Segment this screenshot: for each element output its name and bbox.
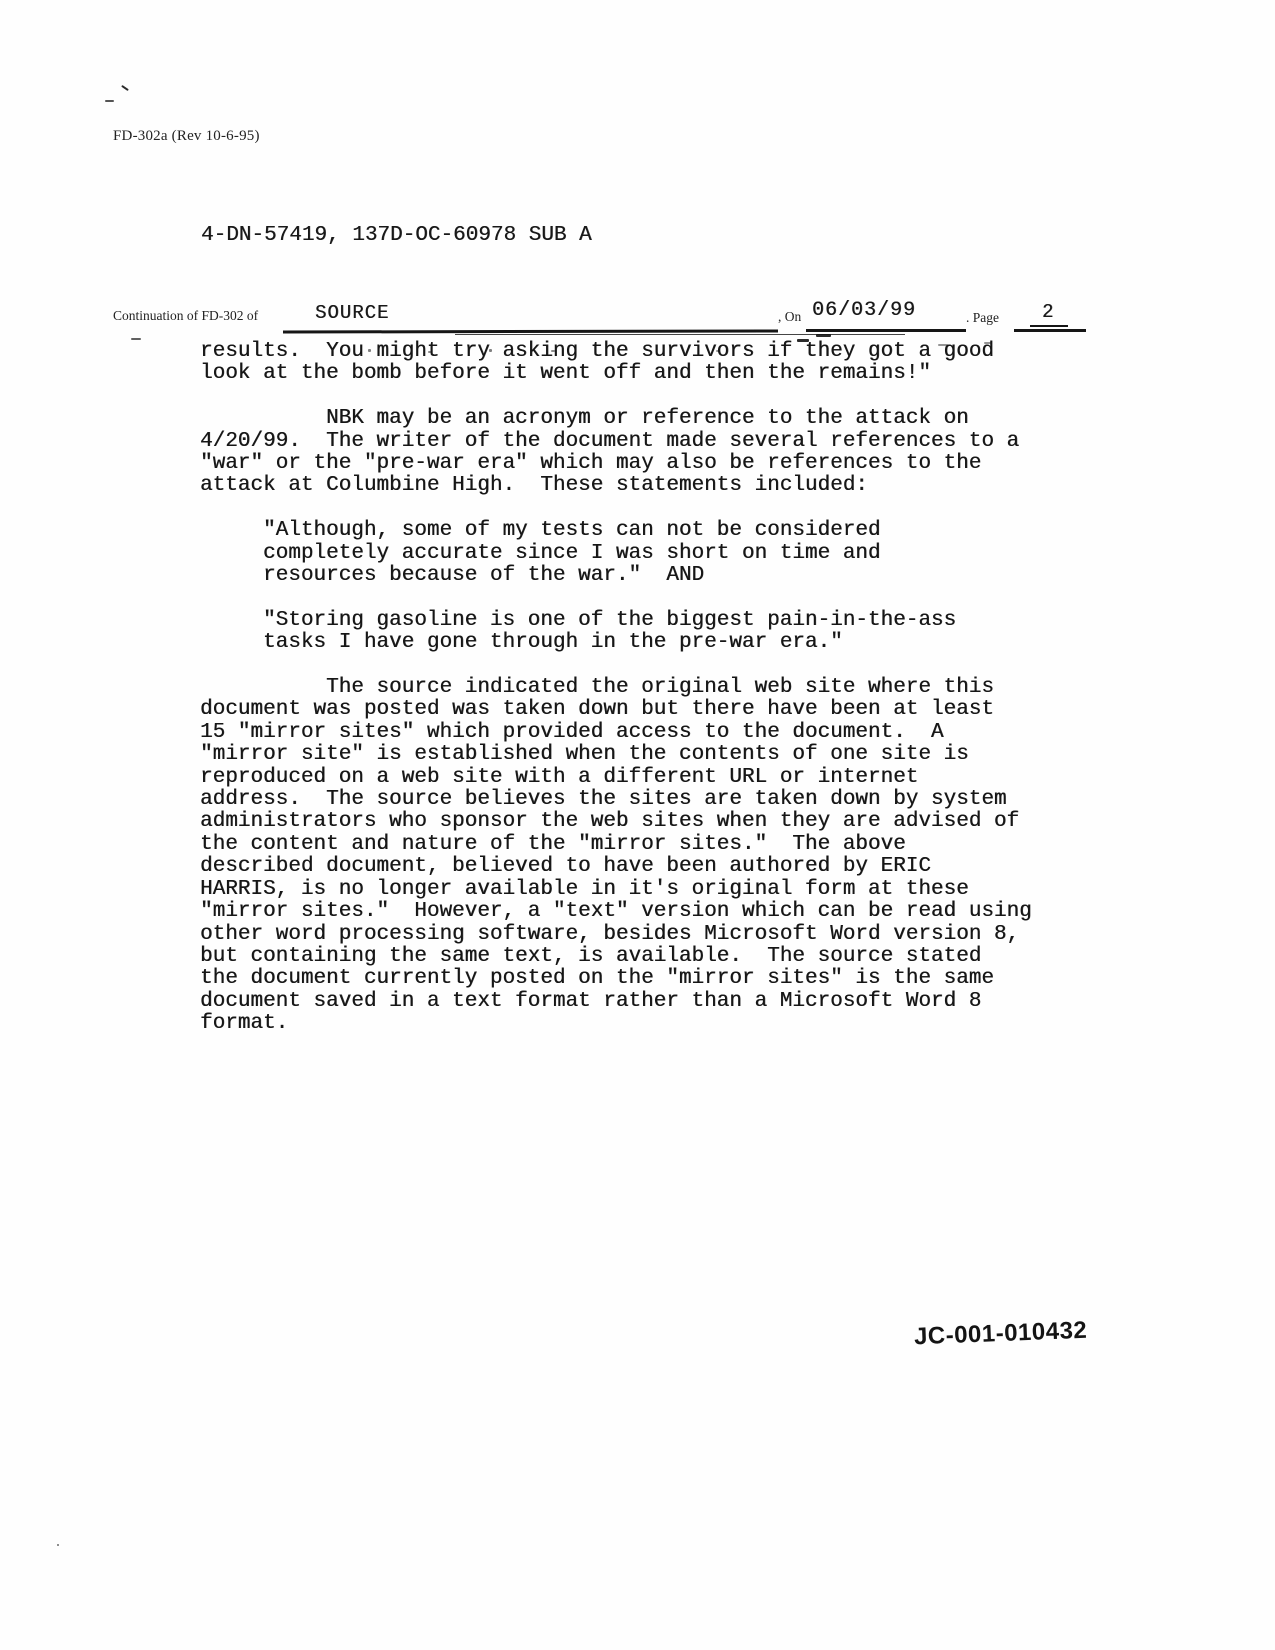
- scan-artifact: [131, 338, 141, 340]
- body-paragraph-nbk: NBK may be an acronym or reference to th…: [200, 408, 1080, 498]
- continuation-label: Continuation of FD-302 of: [113, 308, 258, 324]
- page-label: . Page: [966, 310, 999, 326]
- page-field-underline: [1030, 325, 1068, 327]
- fd302a-scanned-page: FD-302a (Rev 10-6-95) 4-DN-57419, 137D-O…: [0, 0, 1275, 1650]
- quoted-statement-2: "Storing gasoline is one of the biggest …: [200, 610, 1080, 655]
- report-body: results. You might try asking the surviv…: [200, 341, 1080, 1058]
- date-field-value: 06/03/99: [812, 299, 916, 322]
- scan-artifact: [57, 1544, 59, 1546]
- quoted-statement-1: "Although, some of my tests can not be c…: [200, 520, 1080, 587]
- subject-field-underline: [455, 334, 905, 335]
- form-number: FD-302a (Rev 10-6-95): [113, 128, 260, 145]
- page-number-value: 2: [1042, 301, 1053, 323]
- page-field-underline: [1014, 329, 1086, 332]
- subject-field-underline: [283, 329, 778, 333]
- case-number: 4-DN-57419, 137D-OC-60978 SUB A: [201, 224, 592, 247]
- on-label: , On: [778, 309, 801, 325]
- bates-number-stamp: JC-001-010432: [914, 1317, 1088, 1352]
- body-paragraph-mirror-sites: The source indicated the original web si…: [200, 677, 1080, 1036]
- scan-artifact: [121, 85, 129, 91]
- scan-artifact: [105, 100, 114, 102]
- subject-field-value: SOURCE: [315, 302, 389, 324]
- body-paragraph-continuation: results. You might try asking the surviv…: [200, 341, 1080, 386]
- date-field-underline: [806, 329, 966, 332]
